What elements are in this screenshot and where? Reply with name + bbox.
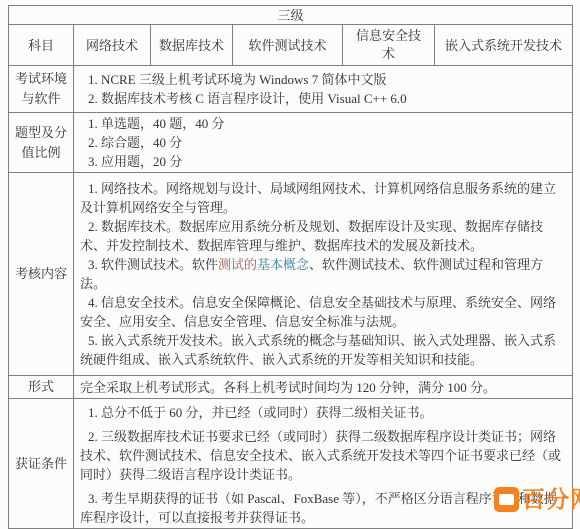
subject-database: 数据库技术 <box>151 25 233 66</box>
baifen-logo-icon <box>494 487 519 502</box>
watermark-tinted-text: 基本概念 <box>257 257 309 272</box>
certificate-row-label: 获证条件 <box>9 399 74 503</box>
certificate-item: 2. 三级数据库技术证书要求已经（或同时）获得二级数据库程序设计类证书；网络技术… <box>80 427 566 484</box>
question-types-content: 1. 单选题，40 题，40 分 2. 综合题，40 分 3. 应用题，20 分 <box>74 113 573 173</box>
format-row-label: 形式 <box>9 376 74 399</box>
subject-embedded: 嵌入式系统开发技术 <box>435 25 573 66</box>
certificate-item: 1. 总分不低于 60 分，并已经（或同时）获得二级相关证书。 <box>80 403 566 422</box>
watermark-tinted-text: 测试的 <box>218 257 257 272</box>
assessment-item: 1. 网络技术。网络规划与设计、局域网组网技术、计算机网络信息服务系统的建立及计… <box>80 179 566 217</box>
question-type-item: 3. 应用题，20 分 <box>80 152 566 171</box>
question-types-row: 题型及分值比例 1. 单选题，40 题，40 分 2. 综合题，40 分 3. … <box>9 113 573 173</box>
environment-item: 2. 数据库技术考核 C 语言程序设计，使用 Visual C++ 6.0 <box>80 89 566 108</box>
certificate-row: 获证条件 1. 总分不低于 60 分，并已经（或同时）获得二级相关证书。 2. … <box>9 399 573 503</box>
question-type-item: 2. 综合题，40 分 <box>80 133 566 152</box>
baifen-logo: 百分网 <box>494 487 580 502</box>
assessment-content: 1. 网络技术。网络规划与设计、局域网组网技术、计算机网络信息服务系统的建立及计… <box>74 173 573 376</box>
subject-software-testing: 软件测试技术 <box>233 25 343 66</box>
assessment-item-text: 3. 软件测试技术。软件 <box>88 257 218 272</box>
assessment-item: 4. 信息安全技术。信息安全保障概论、信息安全基础技术与原理、系统安全、网络安全… <box>80 293 566 331</box>
assessment-item: 2. 数据库技术。数据库应用系统分析及规划、数据库设计及实现、数据库存储技术、并… <box>80 217 566 255</box>
question-type-item: 1. 单选题，40 题，40 分 <box>80 114 566 133</box>
environment-row-label: 考试环境与软件 <box>9 66 74 113</box>
format-content: 完全采取上机考试形式。各科上机考试时间均为 120 分钟，满分 100 分。 <box>74 376 573 399</box>
assessment-item: 5. 嵌入式系统开发技术。嵌入式系统的概念与基础知识、嵌入式处理器、嵌入式系统硬… <box>80 331 566 369</box>
subject-info-security: 信息安全技术 <box>343 25 435 66</box>
subject-header-row: 科目 网络技术 数据库技术 软件测试技术 信息安全技术 嵌入式系统开发技术 <box>9 25 573 66</box>
level-title-row: 三级 <box>9 6 573 25</box>
format-row: 形式 完全采取上机考试形式。各科上机考试时间均为 120 分钟，满分 100 分… <box>9 376 573 399</box>
subject-network: 网络技术 <box>74 25 151 66</box>
assessment-content-row-label: 考核内容 <box>9 173 74 376</box>
assessment-content-row: 考核内容 1. 网络技术。网络规划与设计、局域网组网技术、计算机网络信息服务系统… <box>9 173 573 376</box>
environment-content: 1. NCRE 三级上机考试环境为 Windows 7 简体中文版 2. 数据库… <box>74 66 573 113</box>
exam-info-table: 三级 科目 网络技术 数据库技术 软件测试技术 信息安全技术 嵌入式系统开发技术… <box>8 5 573 502</box>
environment-item: 1. NCRE 三级上机考试环境为 Windows 7 简体中文版 <box>80 70 566 89</box>
assessment-item: 3. 软件测试技术。软件测试的基本概念、软件测试技术、软件测试过程和管理方法。 <box>80 255 566 293</box>
question-types-row-label: 题型及分值比例 <box>9 113 74 173</box>
environment-row: 考试环境与软件 1. NCRE 三级上机考试环境为 Windows 7 简体中文… <box>9 66 573 113</box>
level-title: 三级 <box>9 6 573 25</box>
subject-header-label: 科目 <box>9 25 74 66</box>
baifen-logo-text: 百分网 <box>522 487 580 502</box>
subject-info-security-label: 信息安全技术 <box>355 27 423 63</box>
